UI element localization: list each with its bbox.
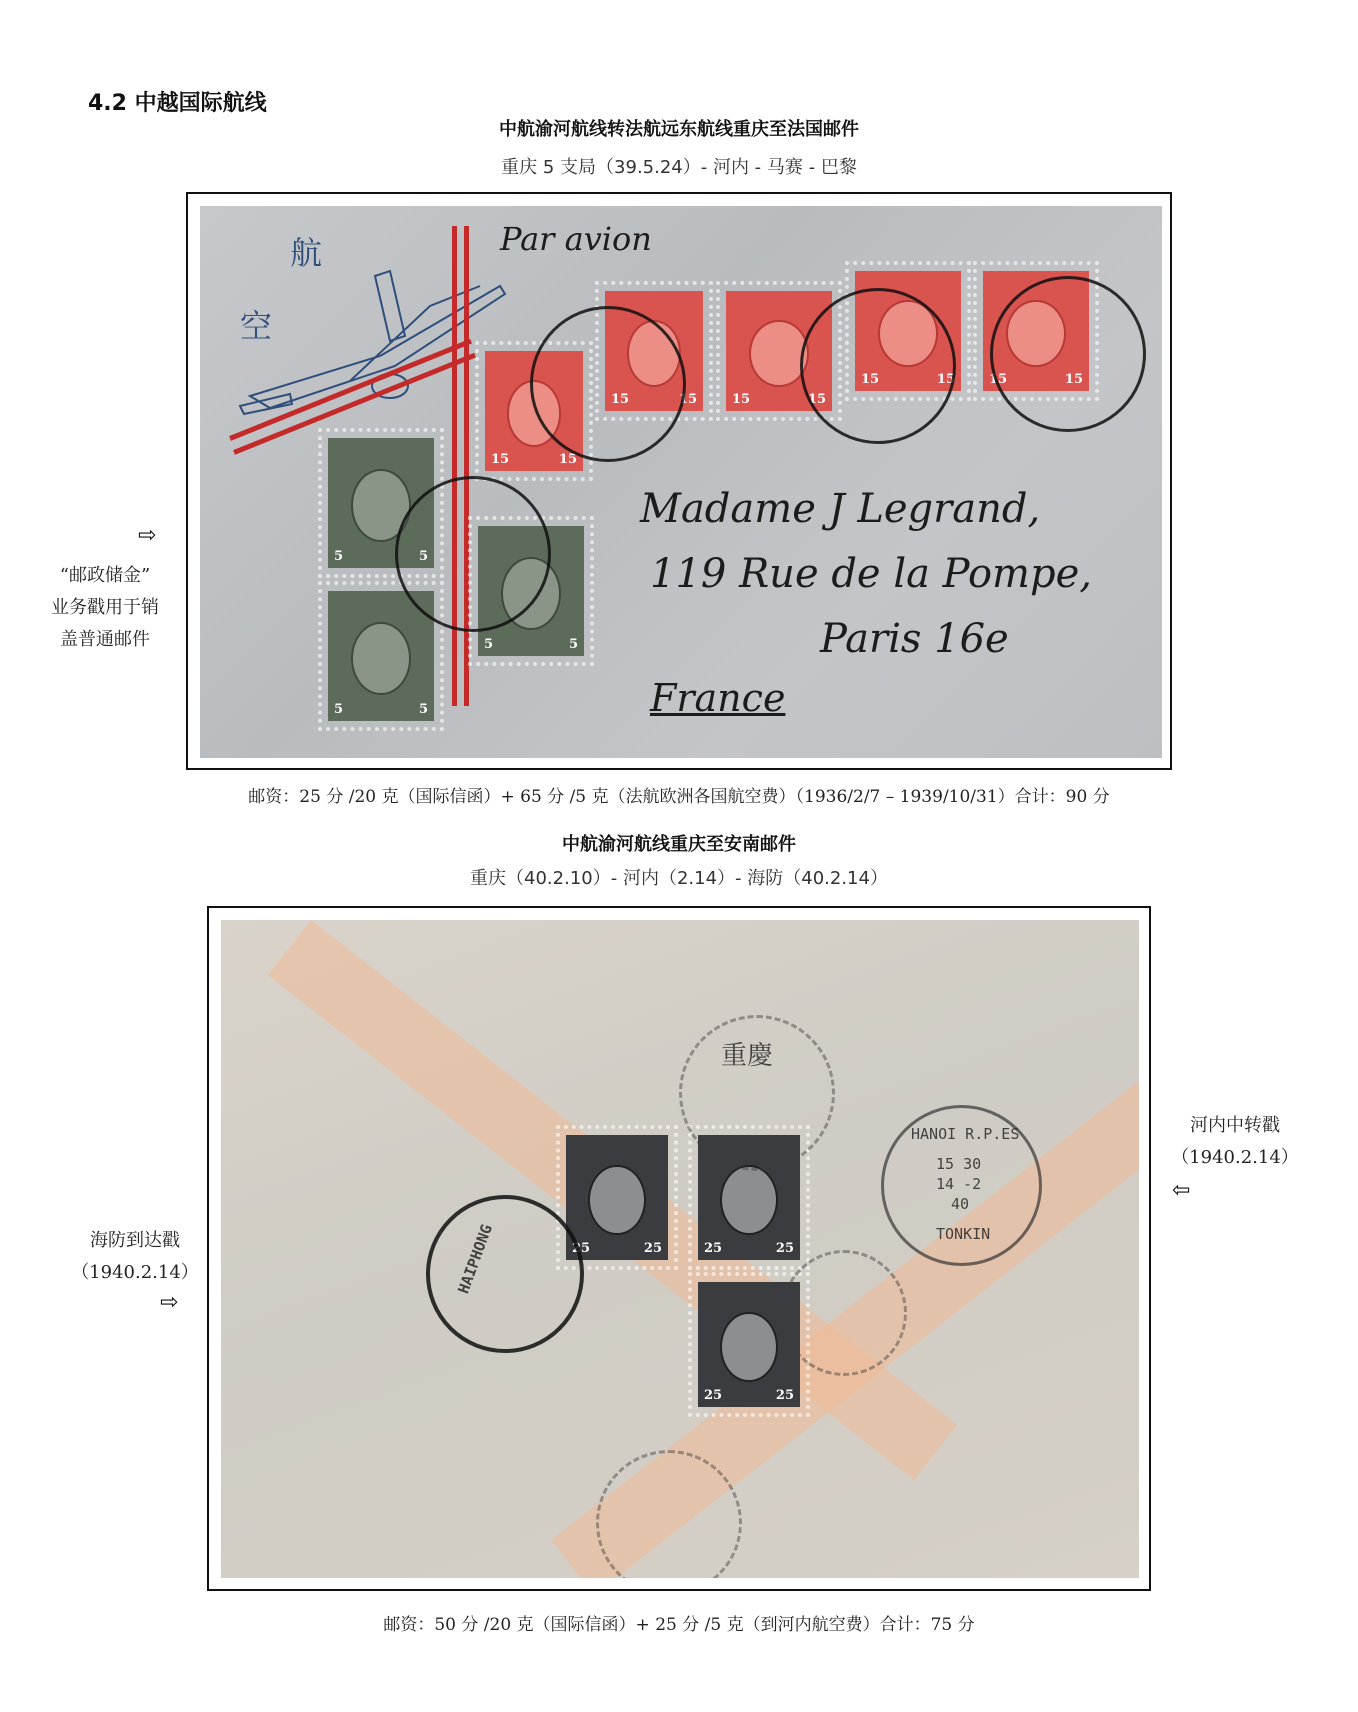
cover2-image: 2525 2525 2525 重慶 HAIPHONG HANOI R.P.ES …	[221, 920, 1139, 1578]
annotation-haiphong-arrival: 海防到达戳 （1940.2.14）	[60, 1225, 210, 1289]
section-heading: 4.2 中越国际航线	[88, 86, 267, 117]
address-line-2: 119 Rue de la Pompe,	[650, 551, 1092, 597]
postmark-chongqing	[800, 288, 956, 444]
address-line-4: France	[650, 676, 785, 720]
cover1-title: 中航渝河航线转法航远东航线重庆至法国邮件	[0, 115, 1358, 141]
cover2-route: 重庆（40.2.10）- 河内（2.14）- 海防（40.2.14）	[0, 864, 1358, 890]
postmark-haiphong	[426, 1195, 584, 1353]
postmark-chongqing	[781, 1250, 907, 1376]
handwritten-par-avion: Par avion	[500, 220, 652, 258]
right-arrow-icon: ⇨	[138, 525, 156, 547]
cover2-postage-caption: 邮资：50 分 /20 克（国际信函）+ 25 分 /5 克（到河内航空费）合计…	[0, 1610, 1358, 1635]
cover1-postage-caption: 邮资：25 分 /20 克（国际信函）+ 65 分 /5 克（法航欧洲各国航空费…	[0, 782, 1358, 807]
cover2-frame: 2525 2525 2525 重慶 HAIPHONG HANOI R.P.ES …	[207, 906, 1151, 1591]
red-airmail-line	[452, 226, 457, 706]
address-line-3: Paris 16e	[820, 616, 1009, 662]
postmark-savings-bank	[395, 476, 551, 632]
postmark-chongqing	[990, 276, 1146, 432]
left-arrow-icon: ⇦	[1172, 1180, 1190, 1202]
right-arrow-icon: ⇨	[160, 1292, 178, 1314]
annotation-savings-postmark: “邮政储金” 业务戳用于销 盖普通邮件	[30, 560, 180, 656]
postmark-chongqing	[530, 306, 686, 462]
cover1-frame: 航 空 Par avion 1515 1515 1515 1515 1515 5…	[186, 192, 1172, 770]
address-line-1: Madame J Legrand,	[640, 486, 1040, 532]
cover1-image: 航 空 Par avion 1515 1515 1515 1515 1515 5…	[200, 206, 1162, 758]
cover1-route: 重庆 5 支局（39.5.24）- 河内 - 马赛 - 巴黎	[0, 153, 1358, 179]
annotation-hanoi-transit: 河内中转戳 （1940.2.14）	[1160, 1110, 1310, 1174]
cover2-title: 中航渝河航线重庆至安南邮件	[0, 830, 1358, 856]
